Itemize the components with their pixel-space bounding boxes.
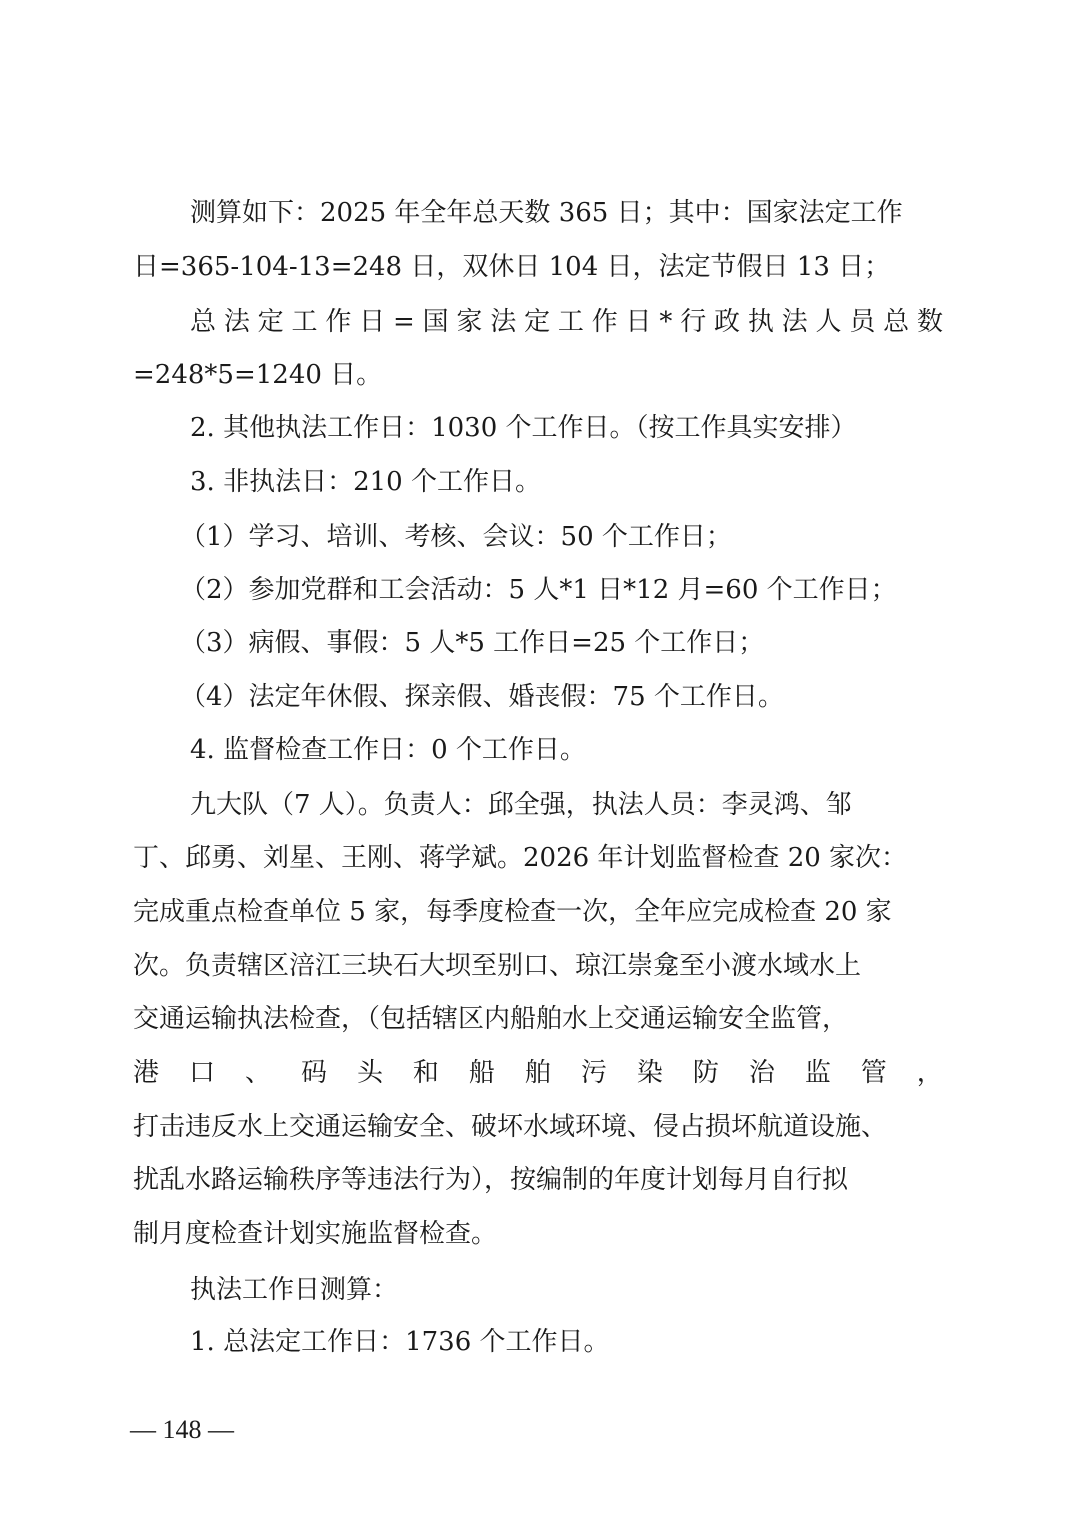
paragraph-line: 完成重点检查单位 5 家，每季度检查一次，全年应完成检查 20 家 <box>133 892 943 932</box>
list-item: 1. 总法定工作日：1736 个工作日。 <box>190 1322 943 1362</box>
page-number: — 148 — <box>130 1412 234 1448</box>
paragraph-line: 交通运输执法检查，（包括辖区内船舶水上交通运输安全监管， <box>133 999 943 1039</box>
section-heading: 执法工作日测算： <box>190 1270 943 1310</box>
paragraph-line: 九大队（7 人）。负责人：邱全强，执法人员：李灵鸿、邹 <box>190 785 943 825</box>
paragraph-line: 制月度检查计划实施监督检查。 <box>133 1214 943 1254</box>
paragraph-line: 打击违反水上交通运输安全、破坏水域环境、侵占损坏航道设施、 <box>133 1107 943 1147</box>
list-item: 2. 其他执法工作日：1030 个工作日。（按工作具实安排） <box>190 408 943 448</box>
sub-list-item: （2）参加党群和工会活动：5 人*1 日*12 月=60 个工作日； <box>180 570 943 610</box>
paragraph-line-justified: 港 口 、 码 头 和 船 舶 污 染 防 治 监 管 ， <box>133 1053 943 1093</box>
paragraph-line: 扰乱水路运输秩序等违法行为），按编制的年度计划每月自行拟 <box>133 1160 943 1200</box>
paragraph-line-justified: 总 法 定 工 作 日 = 国 家 法 定 工 作 日 * 行 政 执 法 人 … <box>190 302 943 342</box>
paragraph-line: =248*5=1240 日。 <box>133 355 943 395</box>
document-page: 测算如下：2025 年全年总天数 365 日；其中：国家法定工作 日=365-1… <box>0 0 1074 1520</box>
paragraph-line: 测算如下：2025 年全年总天数 365 日；其中：国家法定工作 <box>190 193 943 233</box>
sub-list-item: （4）法定年休假、探亲假、婚丧假：75 个工作日。 <box>180 677 943 717</box>
paragraph-line: 日=365-104-13=248 日，双休日 104 日，法定节假日 13 日； <box>133 247 943 287</box>
paragraph-line: 丁、邱勇、刘星、王刚、蒋学斌。2026 年计划监督检查 20 家次： <box>133 838 943 878</box>
paragraph-line: 次。负责辖区涪江三块石大坝至别口、琼江崇龛至小渡水域水上 <box>133 946 943 986</box>
sub-list-item: （3）病假、事假：5 人*5 工作日=25 个工作日； <box>180 623 943 663</box>
list-item: 3. 非执法日：210 个工作日。 <box>190 462 943 502</box>
sub-list-item: （1）学习、培训、考核、会议：50 个工作日； <box>180 517 943 557</box>
list-item: 4. 监督检查工作日：0 个工作日。 <box>190 730 943 770</box>
